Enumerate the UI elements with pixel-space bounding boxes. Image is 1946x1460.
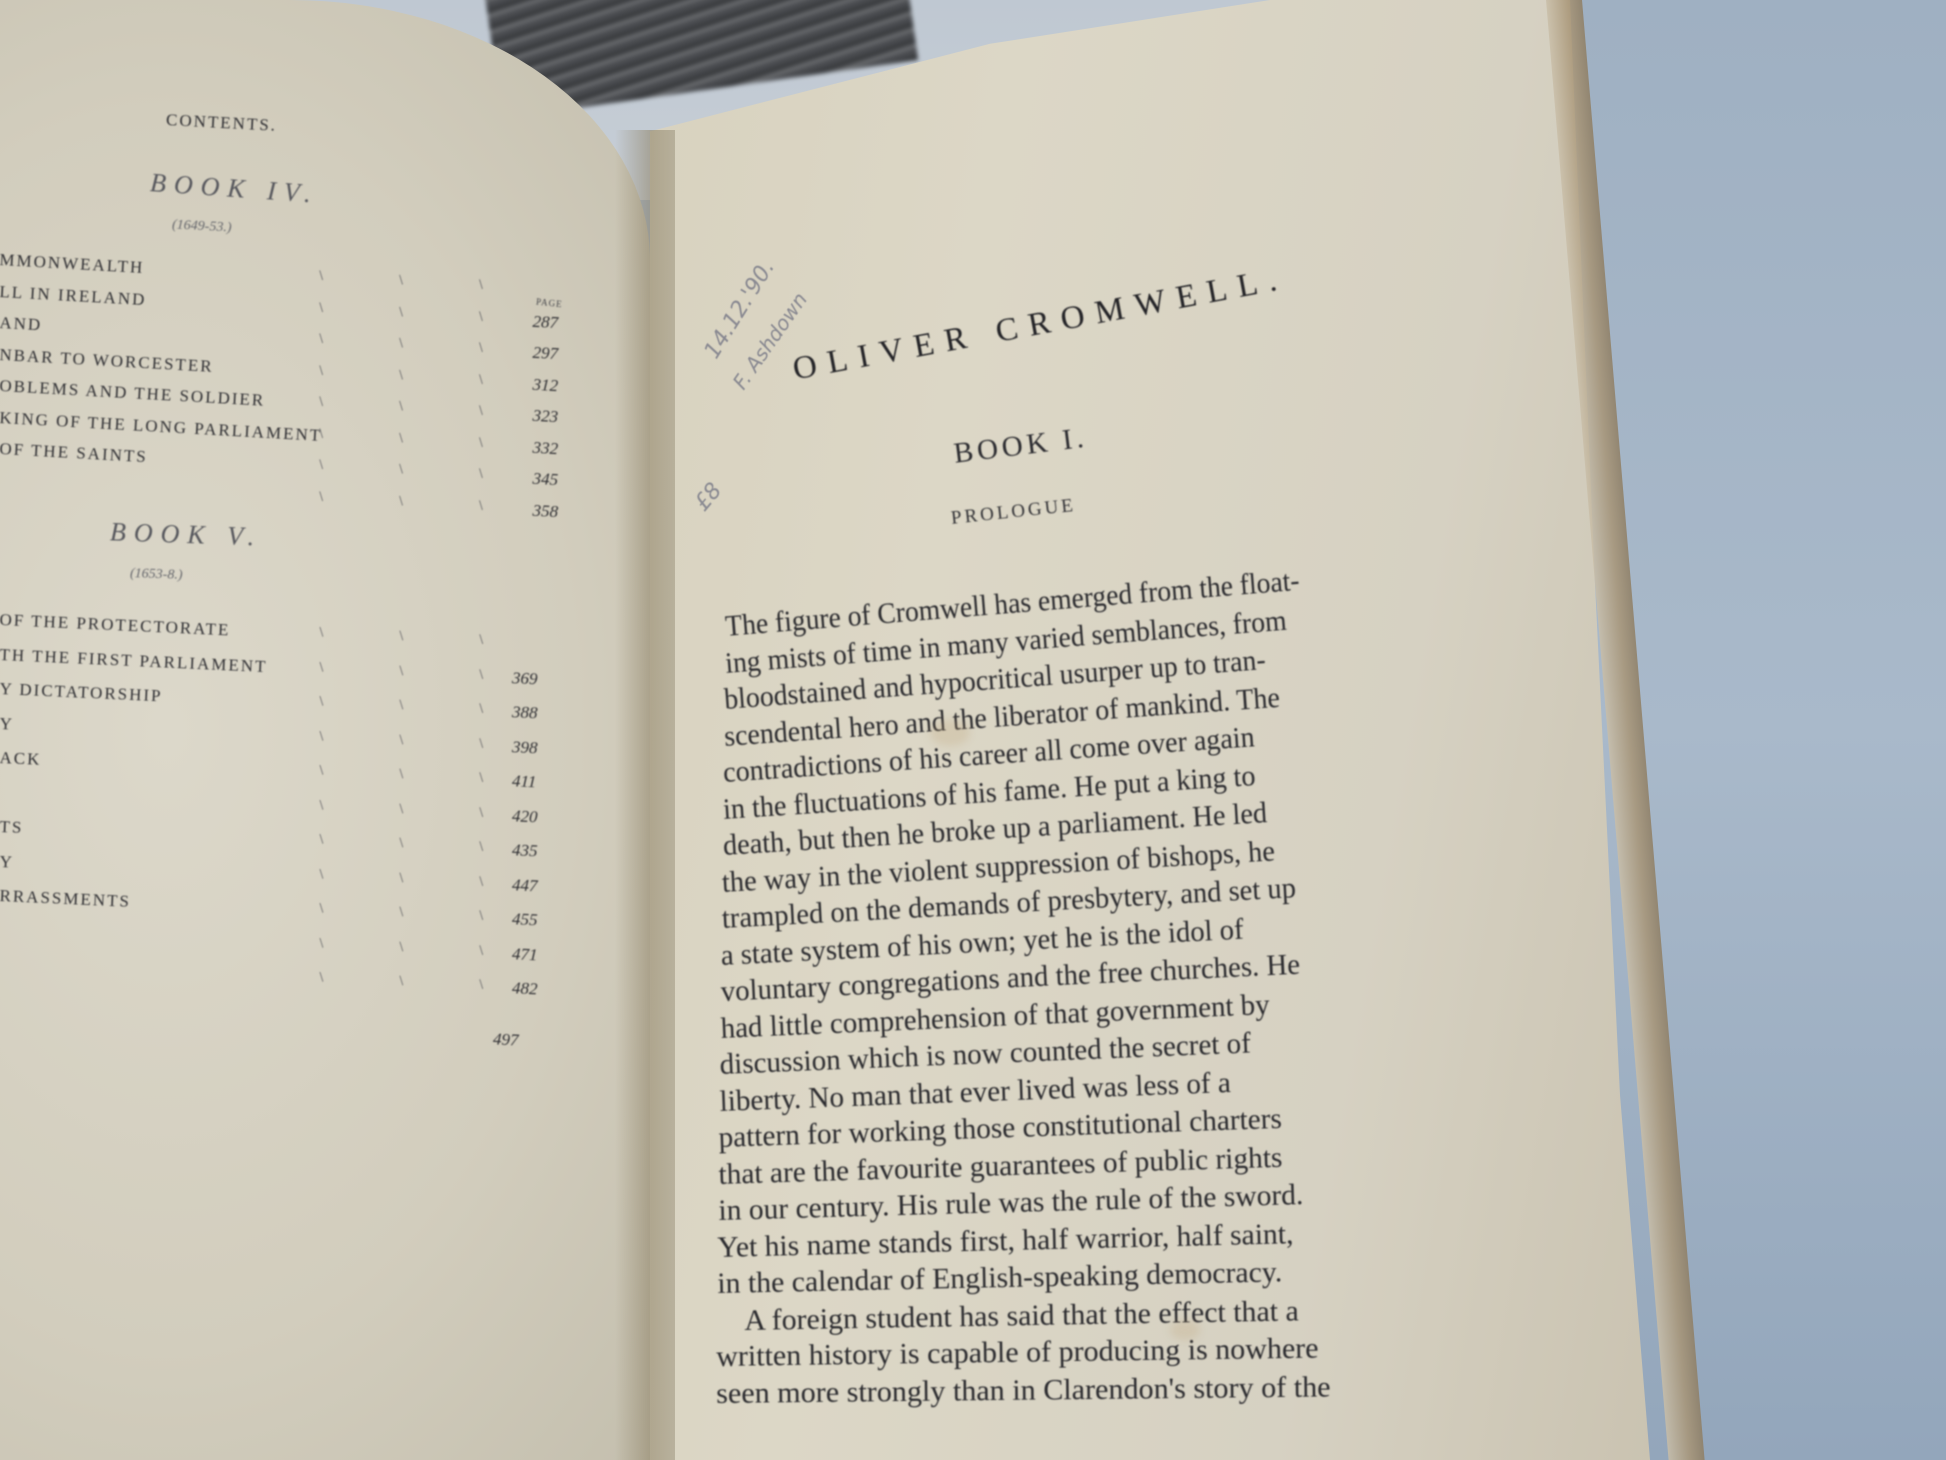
body-text-line: written history is capable of producing … [716, 1332, 1319, 1374]
paper-stain [930, 720, 970, 746]
body-text-line: seen more strongly than in Clarendon's s… [716, 1370, 1331, 1411]
section-heading: PROLOGUE [950, 495, 1077, 530]
body-text-line: A foreign student has said that the effe… [744, 1294, 1299, 1338]
paper-stain [1170, 1320, 1200, 1340]
page-title: OLIVER CROMWELL. [790, 260, 1291, 388]
pencil-price: £8 [690, 479, 727, 517]
book-photo: CONTENTS. PAGE BOOK IV. (1649-53.) MMONW… [0, 0, 1946, 1460]
book-heading: BOOK I. [952, 422, 1089, 471]
chapter-opening: 14.12.'90. F. Ashdown £8 OLIVER CROMWELL… [0, 0, 1946, 1460]
